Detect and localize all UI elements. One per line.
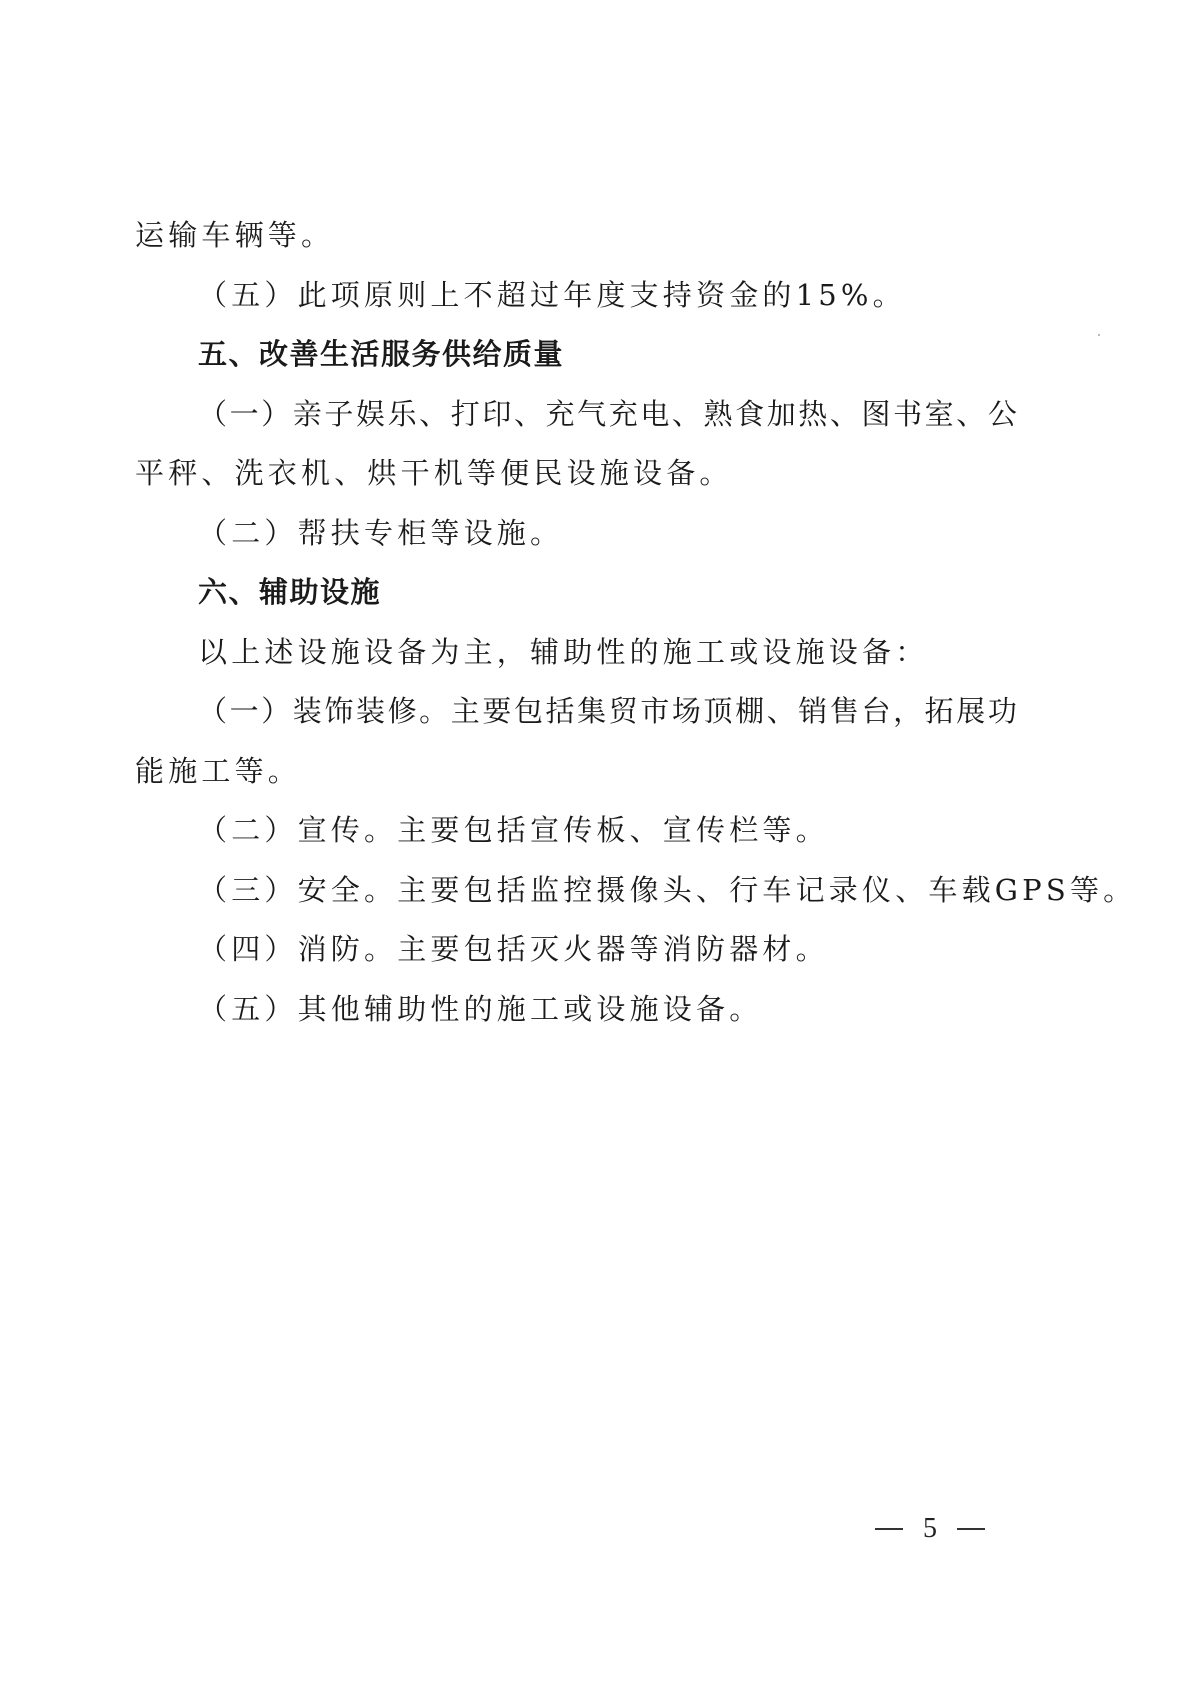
document-body: 运输车辆等。 （五）此项原则上不超过年度支持资金的15%。 五、改善生活服务供给…	[135, 206, 1017, 1039]
page-footer: 5	[875, 1513, 985, 1545]
paragraph-continuation: 运输车辆等。	[135, 206, 1017, 266]
list-item-5-other: （五）其他辅助性的施工或设施设备。	[135, 980, 1017, 1040]
section-intro: 以上述设施设备为主，辅助性的施工或设施设备：	[135, 623, 1017, 683]
page-dash-left	[875, 1528, 903, 1530]
list-item-1-decoration: （一）装饰装修。主要包括集贸市场顶棚、销售台，拓展功	[135, 682, 1017, 742]
list-item-5-funding-cap: （五）此项原则上不超过年度支持资金的15%。	[135, 266, 1017, 326]
list-item-2-publicity: （二）宣传。主要包括宣传板、宣传栏等。	[135, 801, 1017, 861]
list-item-4-fire-protection: （四）消防。主要包括灭火器等消防器材。	[135, 920, 1017, 980]
list-item-1-decoration-continuation: 能施工等。	[135, 742, 1017, 802]
section-heading-6: 六、辅助设施	[135, 563, 1017, 623]
section-heading-5: 五、改善生活服务供给质量	[135, 325, 1017, 385]
list-item-2-assistance-counter: （二）帮扶专柜等设施。	[135, 504, 1017, 564]
list-item-1-continuation: 平秤、洗衣机、烘干机等便民设施设备。	[135, 444, 1017, 504]
list-item-3-safety: （三）安全。主要包括监控摄像头、行车记录仪、车载GPS等。	[135, 861, 1017, 921]
page-dash-right	[957, 1528, 985, 1530]
scan-artifact	[1098, 334, 1100, 336]
page-number: 5	[923, 1513, 937, 1545]
list-item-1-convenience-facilities: （一）亲子娱乐、打印、充气充电、熟食加热、图书室、公	[135, 385, 1017, 445]
